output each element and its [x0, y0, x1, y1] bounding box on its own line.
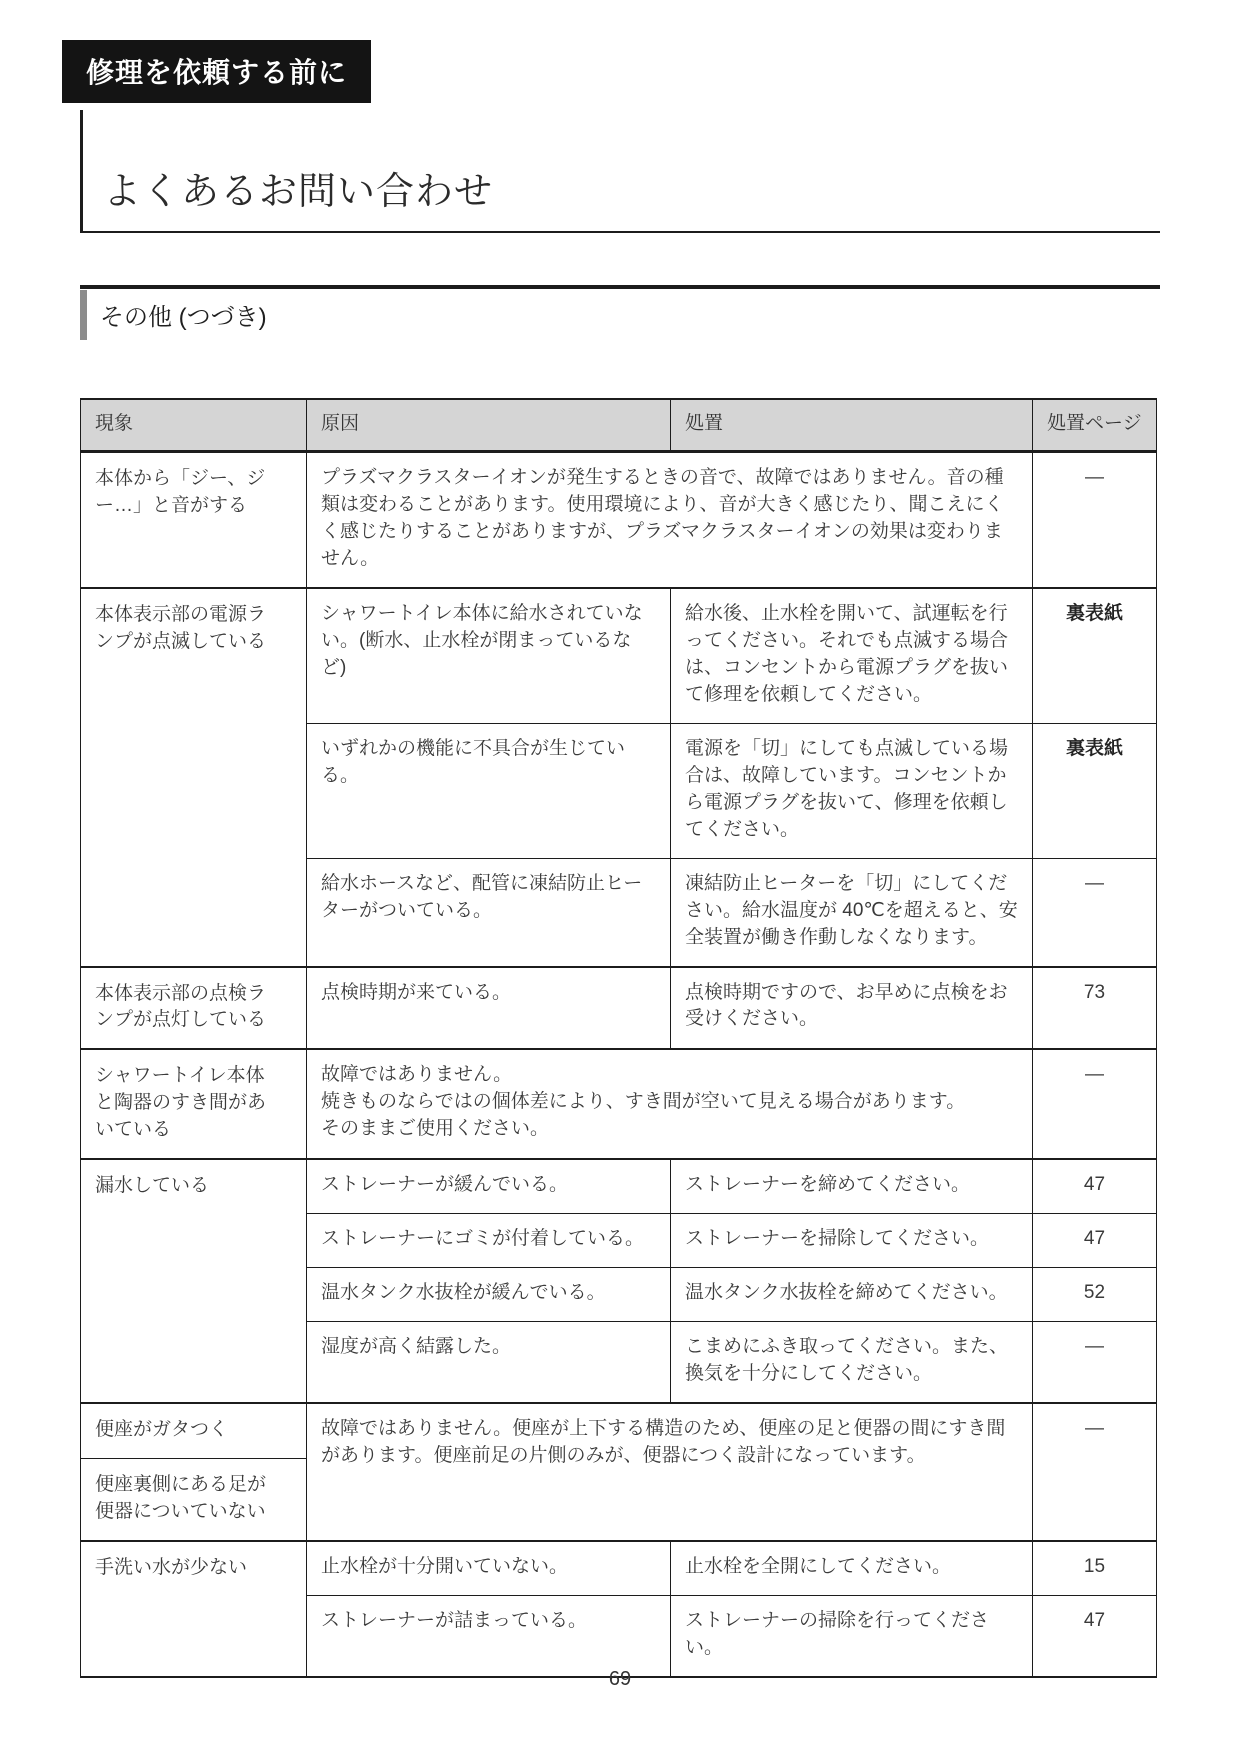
cell-page: 裏表紙 [1033, 723, 1157, 858]
cell-page: 47 [1033, 1596, 1157, 1677]
page-title: よくあるお問い合わせ [103, 160, 1160, 215]
cell-phenomenon: 本体表示部の点検ランプが点灯している [81, 967, 307, 1050]
cell-page: — [1033, 1322, 1157, 1403]
table-row: シャワートイレ本体と陶器のすき間があいている 故障ではありません。 焼きものなら… [81, 1049, 1157, 1159]
table-row: 本体表示部の電源ランプが点滅している シャワートイレ本体に給水されていない。(断… [81, 588, 1157, 723]
cell-page: 73 [1033, 967, 1157, 1050]
cell-treatment: 凍結防止ヒーターを「切」にしてください。給水温度が 40℃を超えると、安全装置が… [671, 858, 1033, 966]
cell-cause-treatment: 故障ではありません。便座が上下する構造のため、便座の足と便器の間にすき間がありま… [307, 1403, 1033, 1541]
cell-cause-treatment: 故障ではありません。 焼きものならではの個体差により、すき間が空いて見える場合が… [307, 1049, 1033, 1159]
section-title: その他 (つづき) [80, 290, 1160, 340]
title-block: よくあるお問い合わせ [80, 110, 1160, 233]
cell-phenomenon: 手洗い水が少ない [81, 1541, 307, 1677]
page-number: 69 [0, 1668, 1240, 1691]
chapter-badge: 修理を依頼する前に [62, 40, 371, 103]
faq-table: 現象 原因 処置 処置ページ 本体から「ジー、ジー…」と音がする プラズマクラス… [80, 398, 1157, 1678]
cell-cause: いずれかの機能に不具合が生じている。 [307, 723, 671, 858]
table-header-row: 現象 原因 処置 処置ページ [81, 399, 1157, 451]
cell-treatment: こまめにふき取ってください。また、換気を十分にしてください。 [671, 1322, 1033, 1403]
header-phenomenon: 現象 [81, 399, 307, 451]
cell-cause: ストレーナーが詰まっている。 [307, 1596, 671, 1677]
cell-phenomenon: 漏水している [81, 1159, 307, 1403]
cell-cause: 温水タンク水抜栓が緩んでいる。 [307, 1268, 671, 1322]
cell-page: 52 [1033, 1268, 1157, 1322]
cell-cause: 湿度が高く結露した。 [307, 1322, 671, 1403]
cell-treatment: 電源を「切」にしても点滅している場合は、故障しています。コンセントから電源プラグ… [671, 723, 1033, 858]
cell-cause-treatment: プラズマクラスターイオンが発生するときの音で、故障ではありません。音の種類は変わ… [307, 451, 1033, 587]
table-row: 本体表示部の点検ランプが点灯している 点検時期が来ている。 点検時期ですので、お… [81, 967, 1157, 1050]
cell-treatment: 温水タンク水抜栓を締めてください。 [671, 1268, 1033, 1322]
table-row: 手洗い水が少ない 止水栓が十分開いていない。 止水栓を全開にしてください。 15 [81, 1541, 1157, 1595]
cell-phenomenon: 本体から「ジー、ジー…」と音がする [81, 451, 307, 587]
cell-phenomenon: 便座裏側にある足が便器についていない [81, 1459, 307, 1541]
cell-cause: 給水ホースなど、配管に凍結防止ヒーターがついている。 [307, 858, 671, 966]
cell-page: — [1033, 1403, 1157, 1541]
cell-cause: ストレーナーが緩んでいる。 [307, 1159, 671, 1213]
cell-page: 47 [1033, 1159, 1157, 1213]
cell-treatment: ストレーナーを締めてください。 [671, 1159, 1033, 1213]
table-row: 便座がガタつく 故障ではありません。便座が上下する構造のため、便座の足と便器の間… [81, 1403, 1157, 1458]
cell-treatment: ストレーナーの掃除を行ってください。 [671, 1596, 1033, 1677]
table-row: 本体から「ジー、ジー…」と音がする プラズマクラスターイオンが発生するときの音で… [81, 451, 1157, 587]
cell-page: 裏表紙 [1033, 588, 1157, 723]
cell-treatment: ストレーナーを掃除してください。 [671, 1214, 1033, 1268]
header-cause: 原因 [307, 399, 671, 451]
cell-page: — [1033, 451, 1157, 587]
cell-phenomenon: 本体表示部の電源ランプが点滅している [81, 588, 307, 967]
cell-page: 15 [1033, 1541, 1157, 1595]
cell-treatment: 給水後、止水栓を開いて、試運転を行ってください。それでも点滅する場合は、コンセン… [671, 588, 1033, 723]
header-page: 処置ページ [1033, 399, 1157, 451]
cell-cause: ストレーナーにゴミが付着している。 [307, 1214, 671, 1268]
cell-cause: 止水栓が十分開いていない。 [307, 1541, 671, 1595]
header-treatment: 処置 [671, 399, 1033, 451]
cell-page: 47 [1033, 1214, 1157, 1268]
section-heading: その他 (つづき) [80, 285, 1160, 340]
cell-cause: 点検時期が来ている。 [307, 967, 671, 1050]
cell-page: — [1033, 1049, 1157, 1159]
cell-page: — [1033, 858, 1157, 966]
cell-phenomenon: シャワートイレ本体と陶器のすき間があいている [81, 1049, 307, 1159]
cell-phenomenon: 便座がガタつく [81, 1403, 307, 1458]
cell-treatment: 点検時期ですので、お早めに点検をお受けください。 [671, 967, 1033, 1050]
cell-cause: シャワートイレ本体に給水されていない。(断水、止水栓が閉まっているなど) [307, 588, 671, 723]
cell-treatment: 止水栓を全開にしてください。 [671, 1541, 1033, 1595]
manual-page: 修理を依頼する前に よくあるお問い合わせ その他 (つづき) 現象 原因 処置 … [0, 0, 1240, 1678]
table-row: 漏水している ストレーナーが緩んでいる。 ストレーナーを締めてください。 47 [81, 1159, 1157, 1213]
